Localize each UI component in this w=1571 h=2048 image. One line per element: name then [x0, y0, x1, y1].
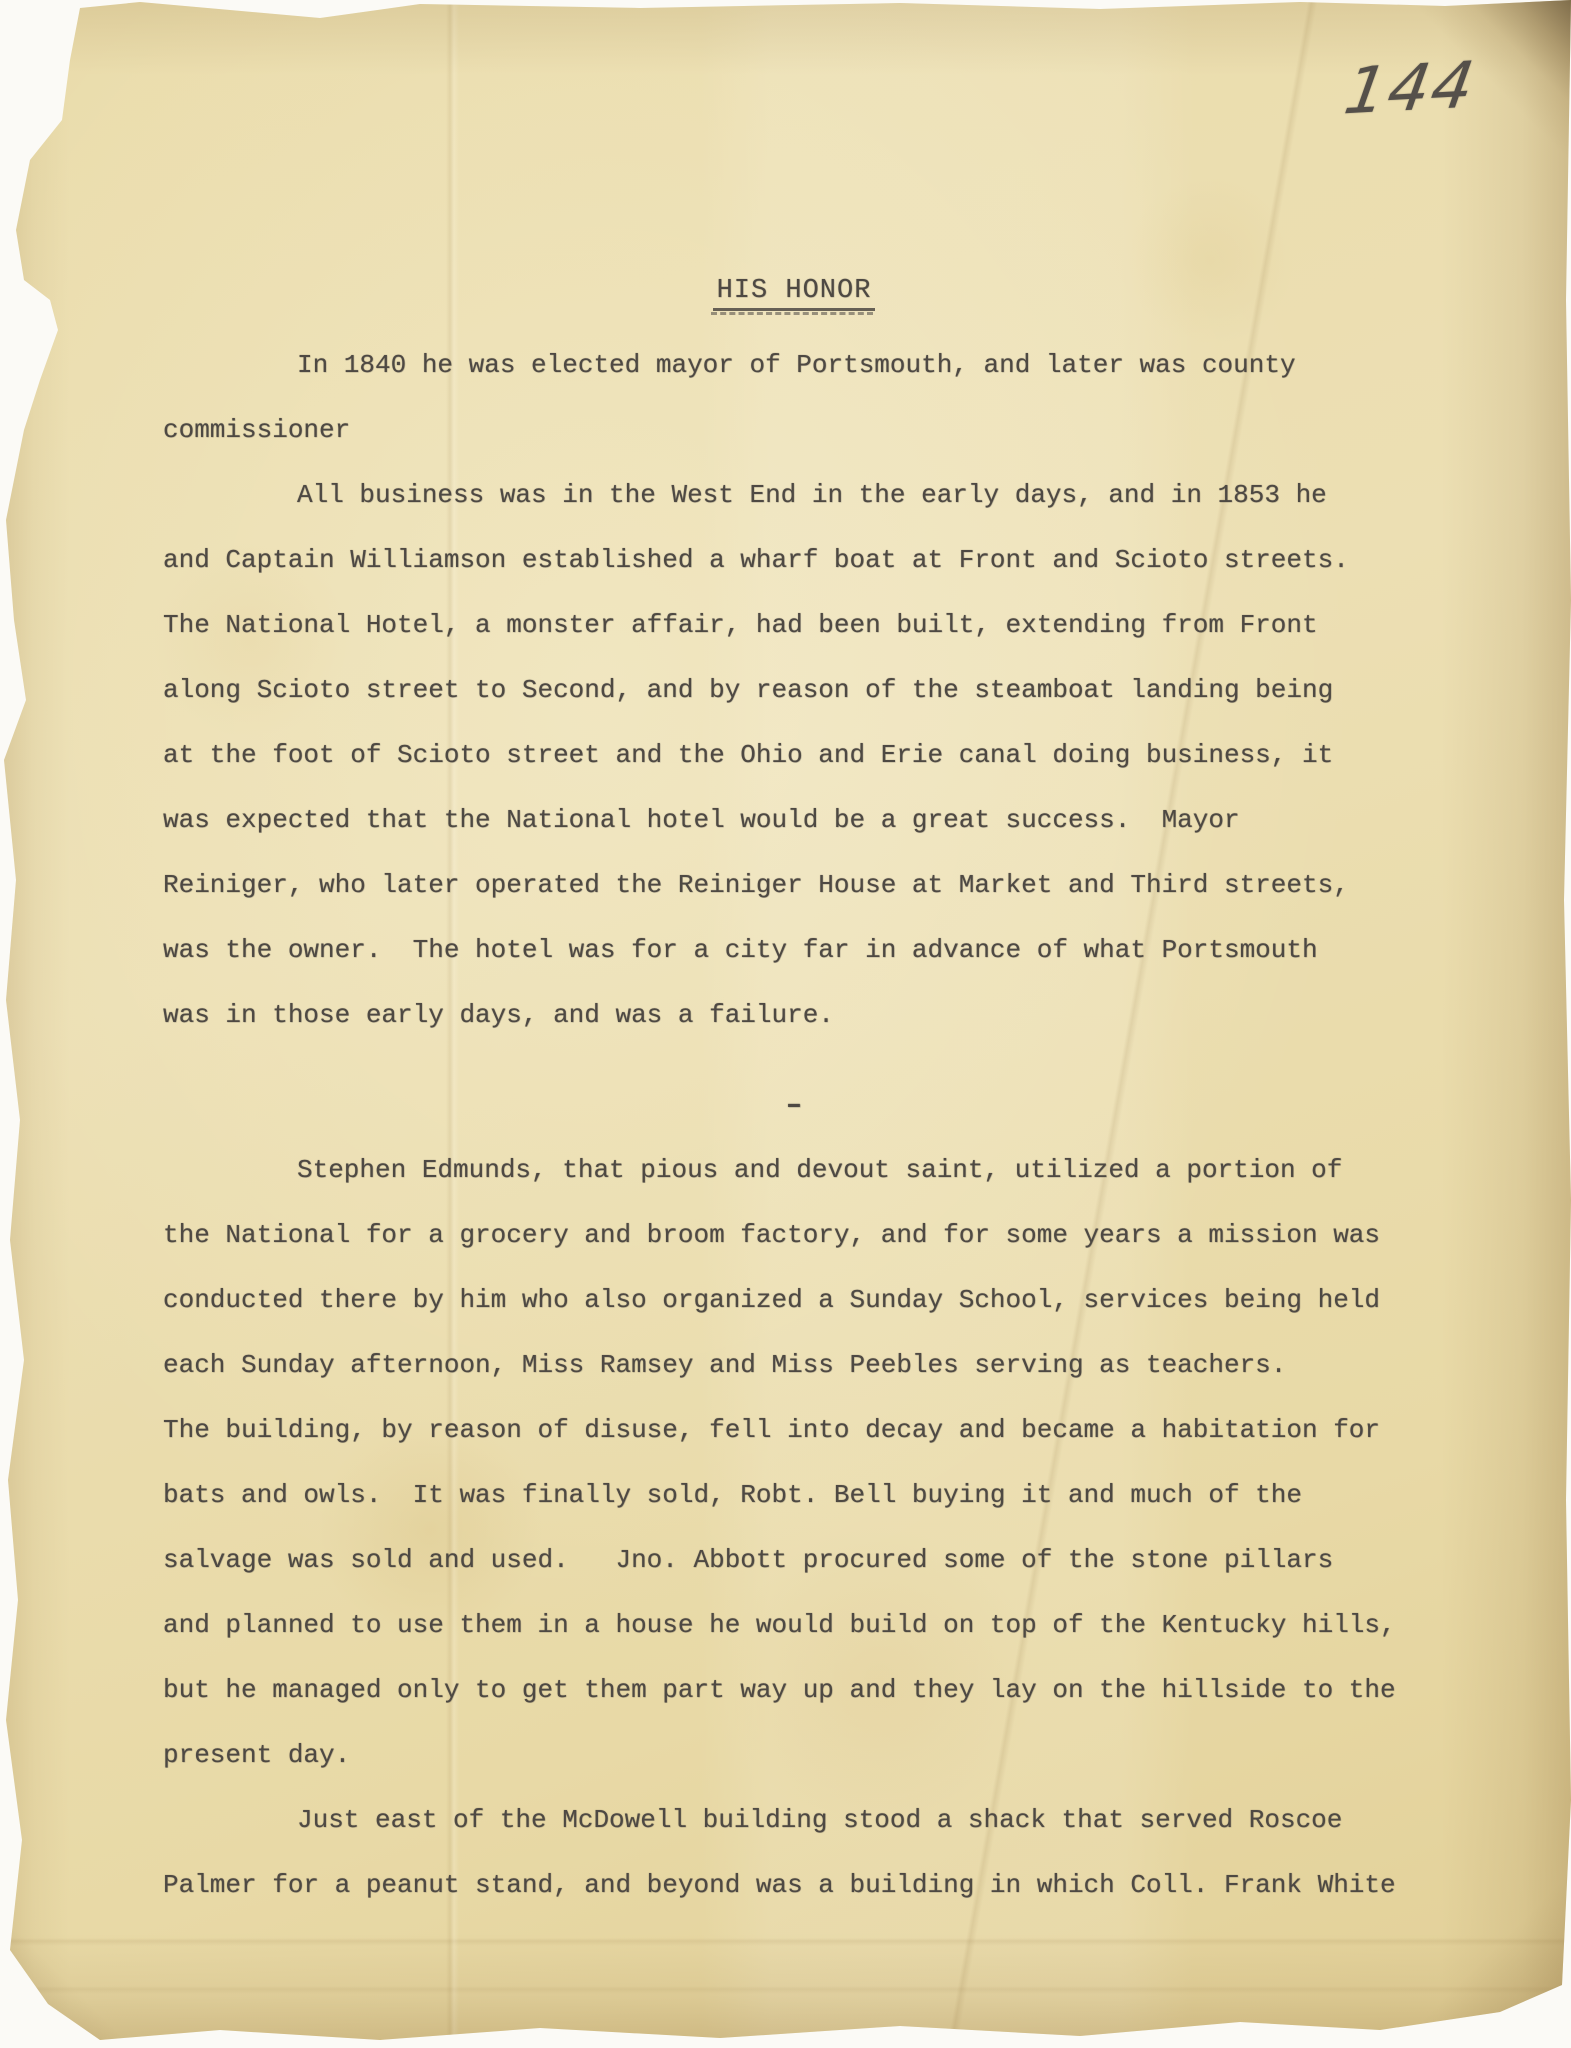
paper-sheet: 144 HIS HONOR In 1840 he was elected may…	[0, 0, 1571, 2048]
text-line: salvage was sold and used. Jno. Abbott p…	[163, 1528, 1425, 1593]
document-title: HIS HONOR	[163, 258, 1425, 323]
paragraph: Stephen Edmunds, that pious and devout s…	[163, 1138, 1425, 1788]
handwritten-page-number: 144	[1339, 49, 1480, 130]
title-text: HIS HONOR	[713, 276, 876, 311]
text-line: The National Hotel, a monster affair, ha…	[163, 593, 1425, 658]
text-line: Reiniger, who later operated the Reinige…	[163, 853, 1425, 918]
text-line: was expected that the National hotel wou…	[163, 788, 1425, 853]
text-line: Stephen Edmunds, that pious and devout s…	[163, 1138, 1425, 1203]
text-line: Palmer for a peanut stand, and beyond wa…	[163, 1853, 1425, 1918]
text-line: All business was in the West End in the …	[163, 463, 1425, 528]
text-line: each Sunday afternoon, Miss Ramsey and M…	[163, 1333, 1425, 1398]
text-line: present day.	[163, 1723, 1425, 1788]
paragraph: In 1840 he was elected mayor of Portsmou…	[163, 333, 1425, 463]
paragraph: All business was in the West End in the …	[163, 463, 1425, 1048]
typed-text-block: HIS HONOR In 1840 he was elected mayor o…	[163, 258, 1425, 1918]
text-line: The building, by reason of disuse, fell …	[163, 1398, 1425, 1463]
section-divider: -	[0, 1073, 1571, 1138]
document-paragraphs: In 1840 he was elected mayor of Portsmou…	[163, 333, 1425, 1918]
text-line: was in those early days, and was a failu…	[163, 983, 1425, 1048]
text-line: but he managed only to get them part way…	[163, 1658, 1425, 1723]
text-line: was the owner. The hotel was for a city …	[163, 918, 1425, 983]
paragraph: Just east of the McDowell building stood…	[163, 1788, 1425, 1918]
text-line: conducted there by him who also organize…	[163, 1268, 1425, 1333]
text-line: In 1840 he was elected mayor of Portsmou…	[163, 333, 1425, 398]
text-line: and Captain Williamson established a wha…	[163, 528, 1425, 593]
text-line: at the foot of Scioto street and the Ohi…	[163, 723, 1425, 788]
text-line: the National for a grocery and broom fac…	[163, 1203, 1425, 1268]
scanned-page: 144 HIS HONOR In 1840 he was elected may…	[0, 0, 1571, 2048]
text-line: bats and owls. It was finally sold, Robt…	[163, 1463, 1425, 1528]
text-line: along Scioto street to Second, and by re…	[163, 658, 1425, 723]
text-line: Just east of the McDowell building stood…	[163, 1788, 1425, 1853]
text-line: commissioner	[163, 398, 1425, 463]
text-line: and planned to use them in a house he wo…	[163, 1593, 1425, 1658]
